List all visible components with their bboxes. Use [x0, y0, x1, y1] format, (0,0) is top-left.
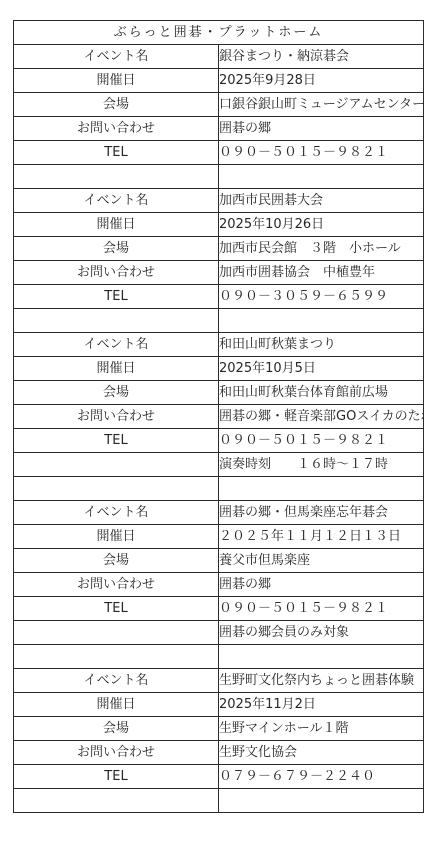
date-value: 2025年10月5日 — [219, 357, 424, 381]
tel-label: TEL — [14, 765, 219, 789]
event-name-value: 和田山町秋葉まつり — [219, 333, 424, 357]
venue-value: 養父市但馬楽座 — [219, 549, 424, 573]
date-value: 2025年11月2日 — [219, 693, 424, 717]
table-row: TEL ０９０－５０１５－９８２１ — [14, 429, 424, 453]
venue-value: 口銀谷銀山町ミュージアムセンター・浅田邸 — [219, 93, 424, 117]
table-row: お問い合わせ 囲碁の郷・軽音楽部GOスイカのたね演奏 — [14, 405, 424, 429]
contact-label: お問い合わせ — [14, 117, 219, 141]
contact-value: 生野文化協会 — [219, 741, 424, 765]
event-name-label: イベント名 — [14, 669, 219, 693]
tel-value: ０９０－３０５９－６５９９ — [219, 285, 424, 309]
date-value: 2025年9月28日 — [219, 69, 424, 93]
venue-value: 生野マインホール１階 — [219, 717, 424, 741]
table-row: イベント名 銀谷まつり・納涼碁会 — [14, 45, 424, 69]
contact-label: お問い合わせ — [14, 573, 219, 597]
table-row: 開催日 2025年9月28日 — [14, 69, 424, 93]
venue-label: 会場 — [14, 717, 219, 741]
contact-value: 加西市囲碁協会 中植豊年 — [219, 261, 424, 285]
contact-label: お問い合わせ — [14, 405, 219, 429]
spacer-row — [14, 645, 424, 669]
title-row: ぶらっと囲碁・プラットホーム — [14, 21, 424, 45]
spacer-cell — [14, 477, 219, 501]
tel-value: ０９０－５０１５－９８２１ — [219, 597, 424, 621]
table-row: お問い合わせ 囲碁の郷 — [14, 117, 424, 141]
table-row: TEL ０９０－５０１５－９８２１ — [14, 141, 424, 165]
date-label: 開催日 — [14, 69, 219, 93]
event-name-value: 囲碁の郷・但馬楽座忘年碁会 — [219, 501, 424, 525]
spacer-row — [14, 477, 424, 501]
spacer-cell — [219, 165, 424, 189]
note-value: 演奏時刻 １６時～１７時 — [219, 453, 424, 477]
table-row: 会場 口銀谷銀山町ミュージアムセンター・浅田邸 — [14, 93, 424, 117]
tel-label: TEL — [14, 429, 219, 453]
tel-label: TEL — [14, 141, 219, 165]
table-row: イベント名 生野町文化祭内ちょっと囲碁体験 — [14, 669, 424, 693]
tel-label: TEL — [14, 597, 219, 621]
note-value: 囲碁の郷会員のみ対象 — [219, 621, 424, 645]
spacer-row — [14, 789, 424, 813]
spacer-cell — [219, 789, 424, 813]
spacer-cell — [14, 165, 219, 189]
table-row: イベント名 加西市民囲碁大会 — [14, 189, 424, 213]
contact-value: 囲碁の郷 — [219, 573, 424, 597]
date-value: 2025年10月26日 — [219, 213, 424, 237]
table-row: TEL ０９０－３０５９－６５９９ — [14, 285, 424, 309]
table-row: お問い合わせ 生野文化協会 — [14, 741, 424, 765]
table-row: 開催日 2025年11月2日 — [14, 693, 424, 717]
contact-value: 囲碁の郷 — [219, 117, 424, 141]
table-row: 会場 加西市民会館 ３階 小ホール — [14, 237, 424, 261]
spacer-cell — [14, 645, 219, 669]
contact-value: 囲碁の郷・軽音楽部GOスイカのたね演奏 — [219, 405, 424, 429]
date-label: 開催日 — [14, 693, 219, 717]
spacer-cell — [219, 645, 424, 669]
venue-label: 会場 — [14, 93, 219, 117]
date-label: 開催日 — [14, 213, 219, 237]
note-label-empty — [14, 621, 219, 645]
venue-value: 和田山町秋葉台体育館前広場 — [219, 381, 424, 405]
spacer-row — [14, 165, 424, 189]
table-row: イベント名 和田山町秋葉まつり — [14, 333, 424, 357]
table-row: イベント名 囲碁の郷・但馬楽座忘年碁会 — [14, 501, 424, 525]
tel-value: ０９０－５０１５－９８２１ — [219, 141, 424, 165]
table-row: 会場 和田山町秋葉台体育館前広場 — [14, 381, 424, 405]
events-table: ぶらっと囲碁・プラットホーム イベント名 銀谷まつり・納涼碁会 開催日 2025… — [13, 20, 424, 813]
date-value: ２０２５年１１月１２日１３日 — [219, 525, 424, 549]
tel-label: TEL — [14, 285, 219, 309]
spacer-cell — [14, 309, 219, 333]
tel-value: ０９０－５０１５－９８２１ — [219, 429, 424, 453]
page-title: ぶらっと囲碁・プラットホーム — [14, 21, 424, 45]
event-name-label: イベント名 — [14, 189, 219, 213]
table-row: 会場 養父市但馬楽座 — [14, 549, 424, 573]
table-row: 開催日 2025年10月5日 — [14, 357, 424, 381]
table-row: 開催日 ２０２５年１１月１２日１３日 — [14, 525, 424, 549]
venue-value: 加西市民会館 ３階 小ホール — [219, 237, 424, 261]
date-label: 開催日 — [14, 357, 219, 381]
event-name-label: イベント名 — [14, 333, 219, 357]
table-row: TEL ０９０－５０１５－９８２１ — [14, 597, 424, 621]
document-sheet: ぶらっと囲碁・プラットホーム イベント名 銀谷まつり・納涼碁会 開催日 2025… — [13, 20, 424, 813]
table-row: 開催日 2025年10月26日 — [14, 213, 424, 237]
event-name-label: イベント名 — [14, 45, 219, 69]
event-name-value: 銀谷まつり・納涼碁会 — [219, 45, 424, 69]
table-row: TEL ０７９－６７９－２２４０ — [14, 765, 424, 789]
venue-label: 会場 — [14, 381, 219, 405]
spacer-cell — [14, 789, 219, 813]
contact-label: お問い合わせ — [14, 741, 219, 765]
event-name-value: 加西市民囲碁大会 — [219, 189, 424, 213]
venue-label: 会場 — [14, 237, 219, 261]
spacer-cell — [219, 477, 424, 501]
tel-value: ０７９－６７９－２２４０ — [219, 765, 424, 789]
venue-label: 会場 — [14, 549, 219, 573]
spacer-cell — [219, 309, 424, 333]
table-row: お問い合わせ 加西市囲碁協会 中植豊年 — [14, 261, 424, 285]
event-name-value: 生野町文化祭内ちょっと囲碁体験 — [219, 669, 424, 693]
date-label: 開催日 — [14, 525, 219, 549]
note-label-empty — [14, 453, 219, 477]
table-row: 囲碁の郷会員のみ対象 — [14, 621, 424, 645]
table-row: お問い合わせ 囲碁の郷 — [14, 573, 424, 597]
table-row: 会場 生野マインホール１階 — [14, 717, 424, 741]
contact-label: お問い合わせ — [14, 261, 219, 285]
event-name-label: イベント名 — [14, 501, 219, 525]
table-row: 演奏時刻 １６時～１７時 — [14, 453, 424, 477]
spacer-row — [14, 309, 424, 333]
